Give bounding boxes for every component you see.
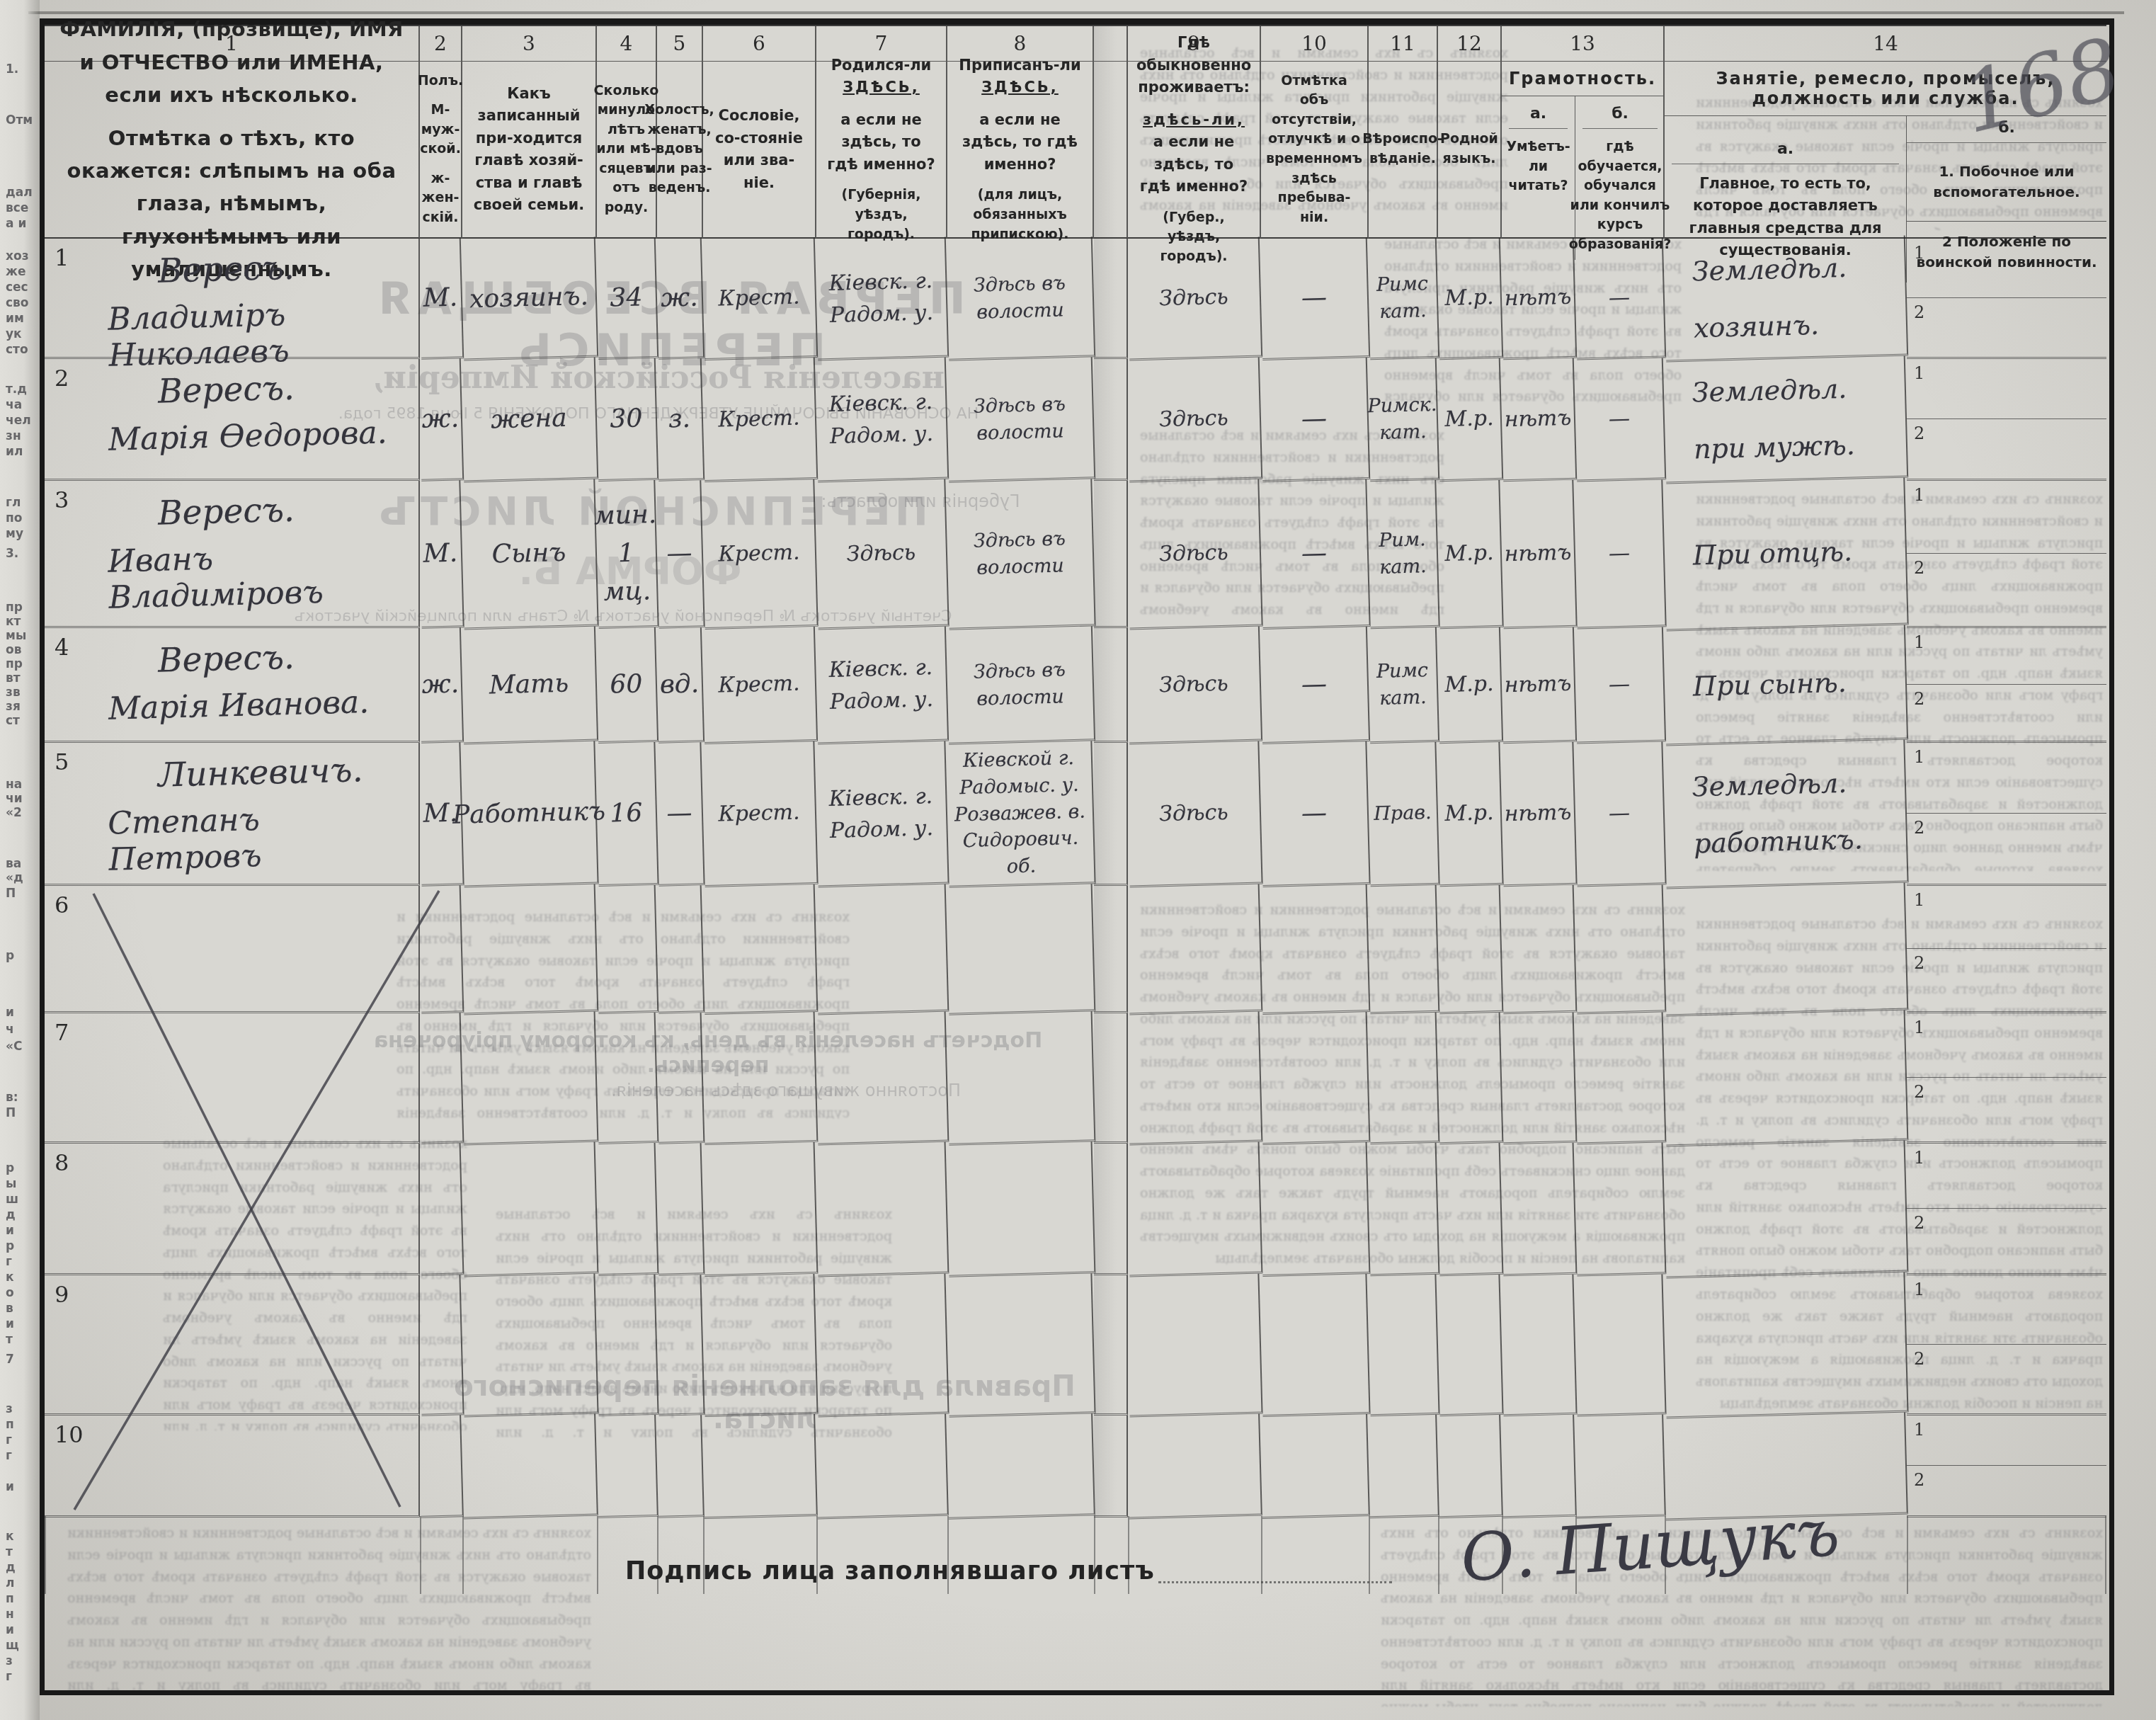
entry-given-name: Марія Иванова. bbox=[108, 683, 414, 727]
cell-literacy-studied: — bbox=[1574, 627, 1666, 744]
margin-fragment: ч bbox=[6, 1023, 14, 1037]
margin-fragment: и bbox=[6, 1006, 14, 1020]
occupation-side-slot-1: 1 bbox=[1907, 1013, 2106, 1078]
margin-fragment: вт bbox=[6, 671, 21, 685]
col-number-10: 10 bbox=[1261, 26, 1369, 62]
header-literacy-b: б. гдѣ обучается, обучался или кончилъ к… bbox=[1575, 96, 1665, 260]
cell-marital: з. bbox=[656, 358, 705, 482]
occupation-side-slot-1: 1 bbox=[1907, 1416, 2106, 1466]
margin-fragment: ча bbox=[6, 398, 22, 412]
cell-birthplace bbox=[815, 1414, 949, 1520]
occupation-side-slot-2: 2 bbox=[1907, 298, 2106, 357]
margin-fragment: ст bbox=[6, 714, 20, 728]
margin-fragment: ва bbox=[6, 857, 21, 871]
cell-language bbox=[1437, 1143, 1504, 1276]
cell-name: 8 bbox=[45, 1144, 420, 1275]
column-line bbox=[2105, 1516, 2106, 1594]
margin-fragment: Отм bbox=[6, 113, 33, 127]
cell-relation bbox=[461, 1012, 599, 1146]
slot-number-2: 2 bbox=[1914, 953, 1924, 973]
cell-relation bbox=[460, 1274, 598, 1418]
fold-spacer bbox=[1094, 1416, 1128, 1517]
cell-occupation-side: 1 2 bbox=[1907, 239, 2106, 359]
cell-sex: М. bbox=[418, 238, 464, 360]
cell-absence: — bbox=[1260, 627, 1370, 744]
cell-language bbox=[1437, 885, 1504, 1014]
cell-residence bbox=[1127, 1142, 1263, 1277]
cell-age: 60 bbox=[595, 627, 658, 744]
occupation-side-slot-2: 2 bbox=[1907, 1078, 2106, 1141]
header-literacy: Грамотность. а. Умѣетъ-ли читать? б. гдѣ… bbox=[1502, 62, 1665, 239]
cell-occupation-side: 1 2 bbox=[1907, 359, 2106, 481]
cell-estate: Крест. bbox=[701, 479, 818, 630]
occupation-side-slot-1: 1 bbox=[1907, 628, 2106, 685]
cell-estate bbox=[701, 1274, 818, 1417]
cell-occupation-main: При сынѣ. bbox=[1663, 625, 1908, 746]
cell-marital bbox=[655, 1275, 705, 1416]
cell-occupation-main bbox=[1663, 883, 1909, 1017]
cell-absence bbox=[1260, 1142, 1371, 1277]
cell-registration: Кіевской г. Радомыс. у. Розважев. в. Сид… bbox=[945, 741, 1095, 887]
cell-literacy-studied bbox=[1574, 884, 1667, 1014]
cell-name: 3 Вересъ. Иванъ Владиміровъ bbox=[45, 481, 420, 628]
cell-age bbox=[595, 1275, 658, 1416]
cell-religion bbox=[1367, 885, 1440, 1015]
cell-relation: Сынъ bbox=[460, 479, 598, 630]
cell-registration bbox=[946, 884, 1096, 1015]
cell-literacy-reads bbox=[1500, 1013, 1578, 1145]
cell-name: 9 bbox=[45, 1275, 420, 1416]
row-number: 6 bbox=[55, 892, 69, 918]
cell-sex bbox=[418, 1143, 464, 1276]
cell-occupation-side: 1 2 bbox=[1907, 886, 2106, 1013]
cell-estate: Крест. bbox=[701, 741, 818, 887]
cell-occupation-side: 1 2 bbox=[1907, 1275, 2106, 1416]
margin-fragment: п bbox=[6, 1592, 14, 1606]
cell-literacy-studied bbox=[1574, 1414, 1666, 1518]
margin-fragment: и bbox=[6, 1317, 14, 1331]
cell-estate bbox=[702, 1414, 818, 1519]
cell-relation: хозяинъ. bbox=[461, 237, 598, 361]
cell-age: мин. 1 мц. bbox=[595, 480, 658, 629]
margin-fragment: дал bbox=[6, 186, 33, 200]
header-literacy-a-label: а. bbox=[1509, 102, 1568, 129]
margin-fragment: н bbox=[6, 1607, 14, 1622]
slot-number-2: 2 bbox=[1914, 818, 1924, 838]
sheet-frame: 1 2 3 4 5 6 7 8 9 10 11 12 13 14 ФАМИЛІЯ… bbox=[40, 18, 2114, 1695]
entry-surname: Вересъ. bbox=[157, 487, 414, 532]
header-literacy-title: Грамотность. bbox=[1502, 62, 1663, 96]
cell-occupation-main bbox=[1663, 1010, 1909, 1147]
cell-name: 10 bbox=[45, 1416, 420, 1517]
cell-age bbox=[595, 1143, 659, 1276]
scan-top-edge bbox=[28, 11, 2124, 14]
slot-number-1: 1 bbox=[1914, 243, 1924, 263]
col-number-2: 2 bbox=[420, 26, 462, 62]
entry-given-name: Иванъ Владиміровъ bbox=[108, 535, 416, 615]
cell-absence bbox=[1260, 884, 1371, 1015]
margin-fragment: д bbox=[6, 1208, 16, 1222]
fold-spacer bbox=[1094, 628, 1128, 743]
cell-marital bbox=[656, 885, 705, 1014]
occupation-side-slot-2: 2 bbox=[1907, 419, 2106, 479]
entry-surname: Линкевичъ. bbox=[157, 749, 414, 794]
margin-fragment: р bbox=[6, 1161, 14, 1175]
cell-absence: — bbox=[1259, 741, 1370, 887]
cell-sex bbox=[418, 885, 464, 1014]
row-number: 1 bbox=[55, 244, 69, 271]
margin-fragment: и bbox=[6, 1623, 14, 1637]
cell-birthplace: Кіевск. г. Радом. у. bbox=[814, 741, 949, 888]
margin-fragment: р bbox=[6, 1239, 14, 1253]
col-number-5: 5 bbox=[657, 26, 703, 62]
header-occupation-b1: 1. Побочное или вспомогательное. bbox=[1907, 152, 2106, 212]
entry-given-name bbox=[108, 1156, 414, 1164]
cell-name: 2 Вересъ. Марія Ѳедорова. bbox=[45, 359, 420, 481]
header-estate: Сословіе, со-стояніе или зва-ніе. bbox=[703, 62, 816, 239]
entry-given-name bbox=[108, 1428, 414, 1436]
margin-fragment: г bbox=[6, 1449, 12, 1463]
cell-occupation-side: 1 2 bbox=[1907, 628, 2106, 743]
margin-fragment: «д bbox=[6, 871, 23, 885]
margin-fragment: в: bbox=[6, 1090, 18, 1105]
occupation-side-slot-2: 2 bbox=[1907, 1466, 2106, 1515]
signature-zone: Подпись лица заполнявшаго листъ О. Пищук… bbox=[45, 1516, 2106, 1690]
cell-age: 34 bbox=[595, 238, 658, 360]
cell-relation: Мать bbox=[461, 627, 598, 745]
cell-language bbox=[1437, 1013, 1504, 1144]
header-birthplace: Родился-ли ЗДѢСЬ, а если не здѣсь, то гд… bbox=[816, 62, 947, 239]
margin-fragment: ил bbox=[6, 445, 23, 459]
census-table: 1 2 3 4 5 6 7 8 9 10 11 12 13 14 ФАМИЛІЯ… bbox=[45, 25, 2106, 1517]
cell-sex bbox=[418, 1013, 464, 1144]
slot-number-2: 2 bbox=[1914, 689, 1924, 709]
cell-birthplace bbox=[814, 1274, 949, 1418]
cell-occupation-side: 1 2 bbox=[1907, 743, 2106, 886]
cell-religion bbox=[1367, 1275, 1439, 1416]
cell-name: 1 Вересъ. Владиміръ Николаевъ bbox=[45, 239, 420, 359]
signature-label: Подпись лица заполнявшаго листъ bbox=[625, 1557, 1155, 1585]
cell-literacy-studied bbox=[1574, 1012, 1667, 1144]
cell-occupation-side: 1 2 bbox=[1907, 1013, 2106, 1144]
cell-registration: Здѣсь въ волости bbox=[945, 479, 1095, 630]
cell-absence: — bbox=[1259, 479, 1370, 630]
slot-number-1: 1 bbox=[1914, 1280, 1924, 1299]
header-sex-male: М-муж-ской. bbox=[420, 101, 461, 159]
cell-residence: Здѣсь bbox=[1127, 627, 1262, 745]
cell-literacy-studied bbox=[1574, 1142, 1667, 1276]
cell-literacy-reads: нѣтъ bbox=[1500, 627, 1577, 744]
cell-relation bbox=[461, 1414, 598, 1520]
margin-fragment: п bbox=[6, 1418, 14, 1432]
cell-literacy-studied: — bbox=[1574, 358, 1666, 482]
header-registration-else: а если не здѣсь, то гдѣ именно? bbox=[956, 109, 1084, 176]
fold-spacer bbox=[1094, 1275, 1128, 1416]
entry-given-name: Степанъ Петровъ bbox=[108, 797, 416, 877]
header-birthplace-pre: Родился-ли bbox=[831, 57, 932, 74]
cell-marital: — bbox=[655, 480, 705, 629]
slot-number-2: 2 bbox=[1914, 1470, 1924, 1490]
cell-age bbox=[595, 885, 659, 1014]
cell-birthplace bbox=[815, 884, 949, 1015]
margin-fragment: ш bbox=[6, 1192, 18, 1207]
cell-religion: Прав. bbox=[1367, 742, 1439, 887]
cell-registration bbox=[946, 1011, 1096, 1145]
cell-registration: Здѣсь въ волости bbox=[946, 237, 1095, 360]
fold-spacer bbox=[1094, 359, 1128, 481]
entry-surname bbox=[158, 1020, 414, 1026]
slot-number-2: 2 bbox=[1914, 423, 1924, 443]
occupation-side-slot-2: 2 bbox=[1907, 949, 2106, 1011]
entry-surname bbox=[158, 1282, 414, 1288]
cell-occupation-main bbox=[1663, 1141, 1909, 1279]
margin-fragment: ы bbox=[6, 1177, 16, 1191]
cell-religion bbox=[1367, 1013, 1440, 1145]
cell-registration: Здѣсь въ волости bbox=[946, 357, 1095, 482]
slot-number-2: 2 bbox=[1914, 1082, 1924, 1102]
margin-fragment: кт bbox=[6, 615, 21, 629]
margin-fragment: чи bbox=[6, 792, 23, 806]
cell-absence: — bbox=[1260, 237, 1370, 360]
margin-fragment: сто bbox=[6, 343, 28, 357]
cell-sex: М. bbox=[418, 480, 464, 628]
cell-literacy-reads: нѣтъ bbox=[1500, 238, 1577, 360]
cell-occupation-main: Земледѣл. работникъ. bbox=[1662, 740, 1908, 889]
cell-birthplace: Кіевск. г. Радом. у. bbox=[815, 358, 949, 483]
row-number: 7 bbox=[55, 1019, 69, 1046]
col-number-4: 4 bbox=[597, 26, 657, 62]
cell-literacy-reads bbox=[1500, 1143, 1578, 1277]
header-residence-else: а если не здѣсь, то гдѣ именно? bbox=[1140, 133, 1248, 195]
cell-occupation-side: 1 2 bbox=[1907, 1416, 2106, 1517]
cell-birthplace: Здѣсь bbox=[814, 479, 949, 630]
cell-occupation-main: Земледѣл. при мужѣ. bbox=[1663, 356, 1908, 484]
margin-fragment: зв bbox=[6, 685, 21, 700]
entry-given-name bbox=[108, 1288, 414, 1296]
cell-language: М.р. bbox=[1436, 742, 1503, 887]
cell-language: М.р. bbox=[1436, 480, 1503, 629]
cell-birthplace bbox=[815, 1012, 949, 1146]
fold-spacer bbox=[1094, 743, 1128, 886]
margin-fragment: т bbox=[6, 1545, 13, 1559]
cell-religion: Римс кат. bbox=[1367, 238, 1439, 360]
header-birthplace-note: (Губернія, уѣздъ, городъ). bbox=[825, 186, 937, 244]
signature-line bbox=[1158, 1581, 1392, 1583]
slot-number-1: 1 bbox=[1914, 890, 1924, 910]
margin-fragment: пр bbox=[6, 657, 23, 671]
header-residence-line1: Гдѣ обыкновенно проживаетъ: bbox=[1136, 32, 1251, 99]
header-absence: Отмѣтка объ отсутствіи, отлучкѣ и о врем… bbox=[1261, 62, 1369, 239]
margin-fragment: 7 bbox=[6, 1352, 14, 1367]
fold-spacer bbox=[1094, 1013, 1128, 1144]
entry-surname bbox=[158, 1150, 414, 1156]
cell-residence: Здѣсь bbox=[1126, 741, 1262, 888]
entry-surname: Вересъ. bbox=[157, 245, 414, 290]
cell-residence bbox=[1127, 1414, 1262, 1520]
cell-literacy-reads bbox=[1500, 1275, 1577, 1417]
col-number-12: 12 bbox=[1438, 26, 1502, 62]
margin-fragment: щ bbox=[6, 1639, 19, 1653]
cell-marital: — bbox=[655, 742, 705, 887]
cell-age: 30 bbox=[595, 358, 658, 482]
margin-fragment: пр bbox=[6, 600, 23, 615]
occupation-side-slot-1: 1 bbox=[1907, 359, 2106, 419]
margin-fragment: г bbox=[6, 1255, 12, 1269]
cell-literacy-studied bbox=[1573, 1274, 1666, 1416]
row-number: 10 bbox=[55, 1421, 84, 1448]
cell-absence bbox=[1259, 1274, 1370, 1417]
cell-residence bbox=[1127, 884, 1263, 1015]
occupation-side-slot-2: 2 bbox=[1907, 814, 2106, 884]
occupation-side-slot-1: 1 bbox=[1907, 239, 2106, 298]
margin-fragment: о bbox=[6, 1286, 14, 1300]
cell-birthplace: Кіевск. г. Радом. у. bbox=[815, 627, 949, 745]
col-number-6: 6 bbox=[703, 26, 816, 62]
header-birthplace-here: ЗДѢСЬ, bbox=[843, 79, 920, 96]
margin-fragment: на bbox=[6, 778, 22, 792]
cell-literacy-studied: — bbox=[1573, 741, 1666, 887]
cell-religion: Римск. кат. bbox=[1367, 358, 1439, 482]
slot-number-1: 1 bbox=[1914, 1018, 1924, 1037]
entry-given-name bbox=[108, 899, 414, 906]
slot-number-1: 1 bbox=[1914, 363, 1924, 383]
cell-age bbox=[595, 1013, 659, 1144]
header-name: ФАМИЛІЯ, (прозвище), ИМЯ и ОТЧЕСТВО или … bbox=[45, 62, 420, 239]
margin-fragment: д bbox=[6, 1561, 16, 1575]
entry-surname: Вересъ. bbox=[157, 634, 414, 680]
margin-fragment: по bbox=[6, 511, 22, 525]
row-number: 4 bbox=[55, 634, 69, 661]
margin-fragment: г bbox=[6, 1670, 12, 1684]
entry-given-name: Марія Ѳедорова. bbox=[108, 414, 414, 457]
header-registration-here: ЗДѢСЬ, bbox=[981, 79, 1059, 96]
row-number: 2 bbox=[55, 365, 69, 392]
cell-estate bbox=[702, 1142, 819, 1277]
cell-language: М.р. bbox=[1437, 627, 1503, 744]
margin-fragment: и bbox=[6, 1224, 14, 1238]
cell-religion bbox=[1367, 1415, 1439, 1519]
margin-fragment: хоз bbox=[6, 249, 29, 263]
cell-estate: Крест. bbox=[702, 627, 818, 744]
cell-age: 16 bbox=[595, 742, 658, 887]
margin-fragment: му bbox=[6, 527, 23, 541]
cell-religion: Рим. кат. bbox=[1367, 480, 1439, 629]
cell-literacy-studied: — bbox=[1573, 479, 1666, 629]
row-number: 9 bbox=[55, 1281, 69, 1308]
margin-fragment: ук bbox=[6, 327, 22, 341]
cell-language: М.р. bbox=[1437, 238, 1503, 360]
margin-fragment: чел bbox=[6, 414, 31, 428]
cell-literacy-reads: нѣтъ bbox=[1500, 742, 1577, 887]
header-literacy-a: а. Умѣетъ-ли читать? bbox=[1502, 96, 1575, 260]
column-line bbox=[1438, 1516, 1439, 1594]
slot-number-2: 2 bbox=[1914, 1213, 1924, 1233]
header-occupation-a-label: а. bbox=[1672, 137, 1899, 164]
cell-literacy-reads: нѣтъ bbox=[1500, 480, 1577, 630]
cell-relation: Работникъ bbox=[460, 741, 598, 888]
cell-estate bbox=[702, 1012, 819, 1145]
margin-fragment: сес bbox=[6, 280, 28, 295]
occupation-side-slot-1: 1 bbox=[1907, 886, 2106, 949]
margin-fragment: к bbox=[6, 1530, 14, 1544]
margin-fragment: 3. bbox=[6, 547, 18, 561]
cell-name: 4 Вересъ. Марія Иванова. bbox=[45, 628, 420, 743]
cell-sex: ж. bbox=[418, 358, 464, 482]
header-residence: Гдѣ обыкновенно проживаетъ: здѣсь-ли, а … bbox=[1128, 62, 1261, 239]
header-sex-female: ж-жен-скій. bbox=[422, 169, 460, 228]
slot-number-1: 1 bbox=[1914, 485, 1924, 505]
cell-registration bbox=[946, 1413, 1095, 1519]
cell-occupation-side: 1 2 bbox=[1907, 481, 2106, 628]
cell-residence: Здѣсь bbox=[1127, 237, 1262, 361]
column-line bbox=[462, 1516, 464, 1594]
cell-registration: Здѣсь въ волости bbox=[946, 626, 1095, 744]
cell-absence: — bbox=[1260, 358, 1370, 482]
header-marital: Холостъ, женатъ, вдовъ или раз-веденъ. bbox=[657, 62, 703, 239]
cell-religion: Римс кат. bbox=[1367, 627, 1439, 744]
slot-number-1: 1 bbox=[1914, 632, 1924, 652]
header-residence-here: здѣсь-ли, bbox=[1143, 111, 1245, 128]
header-relation: Какъ записанный при-ходится главѣ хозяй-… bbox=[462, 62, 597, 239]
cell-marital bbox=[656, 1415, 705, 1518]
cell-sex: ж. bbox=[418, 627, 464, 744]
entry-surname bbox=[158, 1422, 414, 1428]
cell-marital: вд. bbox=[656, 627, 705, 744]
margin-fragment: же bbox=[6, 265, 25, 279]
cell-marital: ж. bbox=[656, 238, 705, 360]
cell-occupation-main: Земледѣл. хозяинъ. bbox=[1663, 236, 1908, 363]
occupation-side-slot-1: 1 bbox=[1907, 1144, 2106, 1209]
column-line bbox=[1907, 1516, 1908, 1594]
margin-fragment: т bbox=[6, 1333, 13, 1347]
header-sex-title: Полъ. bbox=[418, 72, 463, 91]
cell-religion bbox=[1367, 1143, 1440, 1277]
cell-literacy-reads bbox=[1500, 1415, 1577, 1519]
margin-fragment: зя bbox=[6, 700, 21, 714]
cell-birthplace: Кіевск. г. Радом. у. bbox=[815, 237, 949, 361]
header-registration-pre: Приписанъ-ли bbox=[959, 57, 1080, 74]
cell-name: 7 bbox=[45, 1013, 420, 1144]
cell-estate: Крест. bbox=[702, 358, 818, 482]
header-birthplace-else: а если не здѣсь, то гдѣ именно? bbox=[825, 109, 937, 176]
margin-fragment: ов bbox=[6, 643, 21, 657]
fold-spacer bbox=[1094, 481, 1128, 628]
cell-absence bbox=[1260, 1414, 1370, 1519]
slot-number-2: 2 bbox=[1914, 302, 1924, 322]
header-sex: Полъ. М-муж-ской. ж-жен-скій. bbox=[420, 62, 462, 239]
margin-fragment: гл bbox=[6, 496, 21, 510]
margin-fragment: мы bbox=[6, 629, 26, 643]
header-religion: Вѣроиспо-вѣданіе. bbox=[1369, 62, 1438, 239]
col-number-3: 3 bbox=[462, 26, 597, 62]
slot-number-1: 1 bbox=[1914, 747, 1924, 767]
margin-fragment: «С bbox=[6, 1040, 22, 1054]
header-literacy-a-text: Умѣетъ-ли читать? bbox=[1506, 137, 1570, 196]
fold-spacer bbox=[1094, 62, 1128, 239]
header-name-line1: ФАМИЛІЯ, (прозвище), ИМЯ и ОТЧЕСТВО или … bbox=[53, 13, 410, 111]
cell-language: М.р. bbox=[1437, 358, 1503, 482]
cell-residence: Здѣсь bbox=[1127, 358, 1262, 483]
left-gutter-strip: 1.Отмдалвсеа ихозжесессвоимукстот.дчачел… bbox=[0, 0, 40, 1720]
margin-fragment: П bbox=[6, 887, 16, 901]
cell-residence bbox=[1126, 1274, 1262, 1418]
cell-name: 6 bbox=[45, 886, 420, 1013]
header-registration-note: (для лицъ, обязанныхъ припискою). bbox=[956, 186, 1084, 244]
slot-number-2: 2 bbox=[1914, 1349, 1924, 1369]
margin-fragment: П bbox=[6, 1106, 16, 1120]
col-number-11: 11 bbox=[1369, 26, 1438, 62]
row-number: 8 bbox=[55, 1149, 69, 1176]
